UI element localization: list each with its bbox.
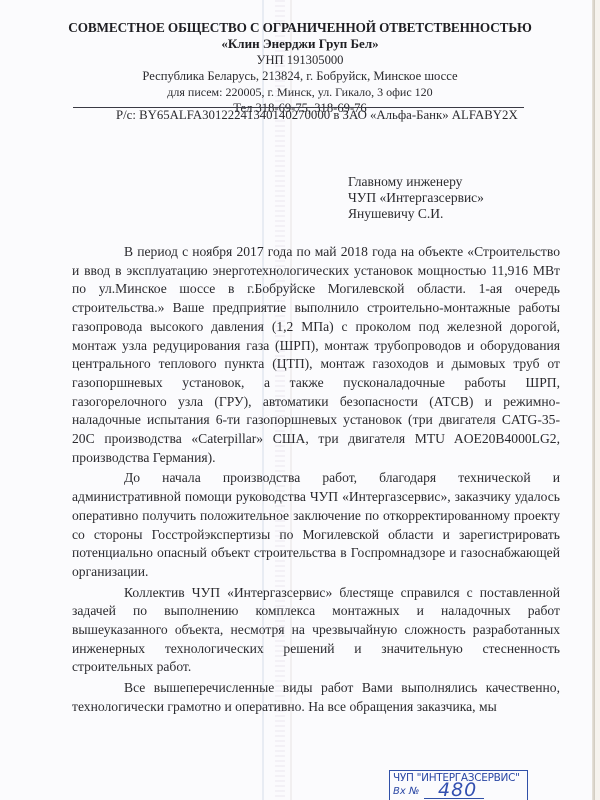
letterhead: СОВМЕСТНОЕ ОБЩЕСТВО С ОГРАНИЧЕННОЙ ОТВЕТ…: [60, 20, 540, 116]
addressee-block: Главному инженеру ЧУП «Интергазсервис» Я…: [348, 174, 484, 222]
page-margin: [595, 0, 600, 800]
paragraph: До начала производства работ, благодаря …: [72, 469, 560, 581]
addressee-name: Янушевичу С.И.: [348, 206, 484, 222]
stamp-label: Вх №: [393, 786, 419, 797]
addressee-position: Главному инженеру: [348, 174, 484, 190]
letter-body: В период с ноября 2017 года по май 2018 …: [72, 243, 560, 717]
addressee-organization: ЧУП «Интергазсервис»: [348, 190, 484, 206]
paragraph: Все вышеперечисленные виды работ Вами вы…: [72, 679, 560, 716]
stamp-number: 480: [438, 779, 477, 800]
company-type: СОВМЕСТНОЕ ОБЩЕСТВО С ОГРАНИЧЕННОЙ ОТВЕТ…: [60, 20, 540, 36]
company-unp: УНП 191305000: [60, 52, 540, 68]
bank-account: Р/с: BY65ALFA30122241340140270000 в ЗАО …: [116, 108, 518, 123]
scanned-letter-page: СОВМЕСТНОЕ ОБЩЕСТВО С ОГРАНИЧЕННОЙ ОТВЕТ…: [0, 0, 600, 800]
company-address: Республика Беларусь, 213824, г. Бобруйск…: [60, 68, 540, 84]
mail-address: для писем: 220005, г. Минск, ул. Гикало,…: [60, 84, 540, 100]
incoming-stamp: ЧУП "ИНТЕРГАЗСЕРВИС" Вх № 480: [389, 770, 528, 800]
paragraph: В период с ноября 2017 года по май 2018 …: [72, 243, 560, 467]
company-name: «Клин Энерджи Груп Бел»: [60, 36, 540, 52]
paragraph: Коллектив ЧУП «Интергазсервис» блестяще …: [72, 584, 560, 678]
